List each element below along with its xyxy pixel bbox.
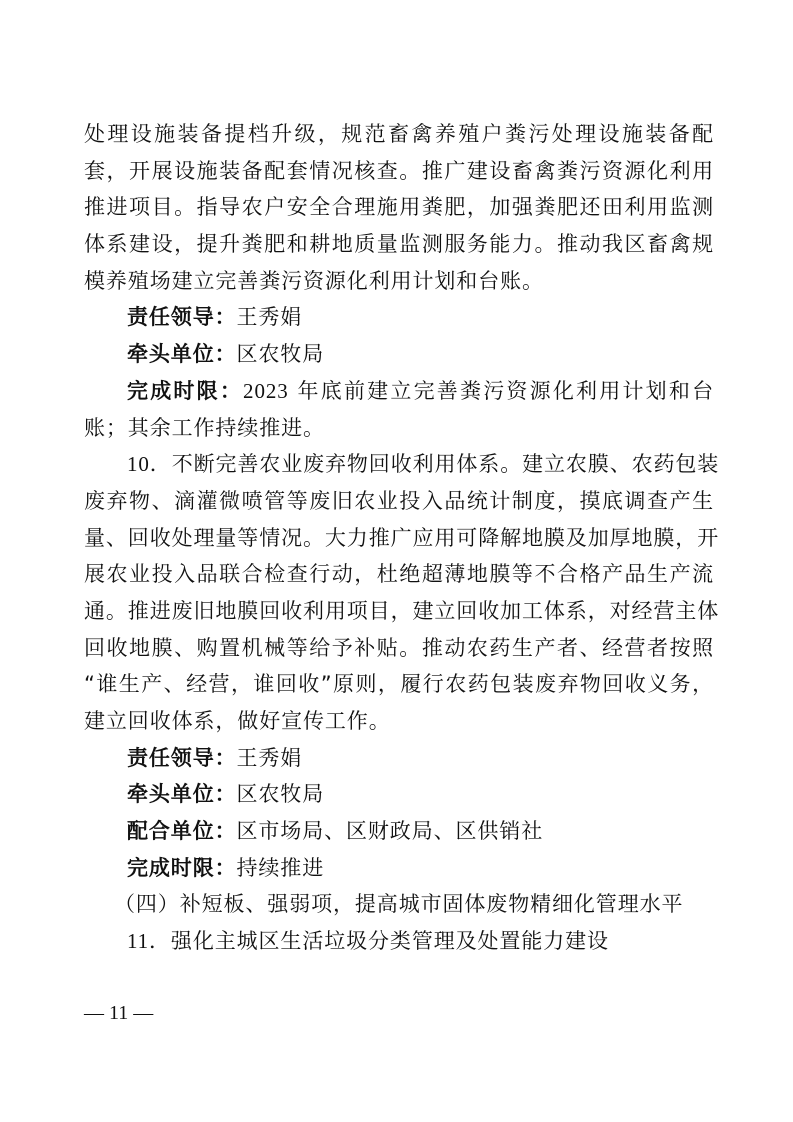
item-10-first-line: 10．不断完善农业废弃物回收利用体系。建立农膜、农药包装 <box>84 446 714 483</box>
body-text-line: 推进项目。指导农户安全合理施用粪肥，加强粪肥还田利用监测 <box>84 189 714 226</box>
body-text-line: 处理设施装备提档升级，规范畜禽养殖户粪污处理设施装备配 <box>84 116 714 153</box>
field-value: 年底前建立完善粪污资源化利用计划和台 <box>289 379 714 403</box>
field-label: 配合单位： <box>127 819 237 843</box>
body-text-line: 建立回收体系，做好宣传工作。 <box>84 703 714 740</box>
deadline-continued: 账；其余工作持续推进。 <box>84 410 714 447</box>
body-text-line: “谁生产、经营，谁回收”原则，履行农药包装废弃物回收义务， <box>84 666 714 703</box>
field-label: 牵头单位： <box>127 782 237 806</box>
field-value: 持续推进 <box>237 856 325 880</box>
section-heading: （四）补短板、强弱项，提高城市固体废物精细化管理水平 <box>84 886 714 923</box>
field-label: 牵头单位： <box>127 342 237 366</box>
field-value: 区农牧局 <box>237 342 325 366</box>
deadline-year: 2023 <box>243 379 289 403</box>
field-value: 区农牧局 <box>237 782 325 806</box>
body-text-line: 回收地膜、购置机械等给予补贴。推动农药生产者、经营者按照 <box>84 630 714 667</box>
body-text-line: 体系建设，提升粪肥和耕地质量监测服务能力。推动我区畜禽规 <box>84 226 714 263</box>
deadline: 完成时限：2023 年底前建立完善粪污资源化利用计划和台 <box>84 373 714 410</box>
body-text-line: 量、回收处理量等情况。大力推广应用可降解地膜及加厚地膜，开 <box>84 520 714 557</box>
item-number: 10． <box>127 452 172 476</box>
body-text-line: 通。推进废旧地膜回收利用项目，建立回收加工体系，对经营主体 <box>84 593 714 630</box>
body-text-line: 展农业投入品联合检查行动，杜绝超薄地膜等不合格产品生产流 <box>84 556 714 593</box>
field-label: 完成时限： <box>127 379 243 403</box>
field-label: 责任领导： <box>127 305 237 329</box>
deadline: 完成时限：持续推进 <box>84 850 714 887</box>
responsible-leader: 责任领导：王秀娟 <box>84 740 714 777</box>
item-number: 11． <box>127 929 171 953</box>
body-text-line: 套，开展设施装备配套情况核查。推广建设畜禽粪污资源化利用 <box>84 153 714 190</box>
page-number: — 11 — <box>84 1002 153 1025</box>
item-11-heading: 11．强化主城区生活垃圾分类管理及处置能力建设 <box>84 923 714 960</box>
field-label: 责任领导： <box>127 746 237 770</box>
cooperating-units: 配合单位：区市场局、区财政局、区供销社 <box>84 813 714 850</box>
field-value: 王秀娟 <box>237 305 303 329</box>
item-title: 强化主城区生活垃圾分类管理及处置能力建设 <box>171 929 609 953</box>
field-label: 完成时限： <box>127 856 237 880</box>
responsible-leader: 责任领导：王秀娟 <box>84 299 714 336</box>
lead-unit: 牵头单位：区农牧局 <box>84 776 714 813</box>
field-value: 王秀娟 <box>237 746 303 770</box>
body-text-line: 废弃物、滴灌微喷管等废旧农业投入品统计制度，摸底调查产生 <box>84 483 714 520</box>
document-page: 处理设施装备提档升级，规范畜禽养殖户粪污处理设施装备配 套，开展设施装备配套情况… <box>84 116 714 960</box>
lead-unit: 牵头单位：区农牧局 <box>84 336 714 373</box>
body-text-line: 模养殖场建立完善粪污资源化利用计划和台账。 <box>84 263 714 300</box>
body-text: 不断完善农业废弃物回收利用体系。建立农膜、农药包装 <box>172 452 720 476</box>
field-value: 区市场局、区财政局、区供销社 <box>237 819 544 843</box>
